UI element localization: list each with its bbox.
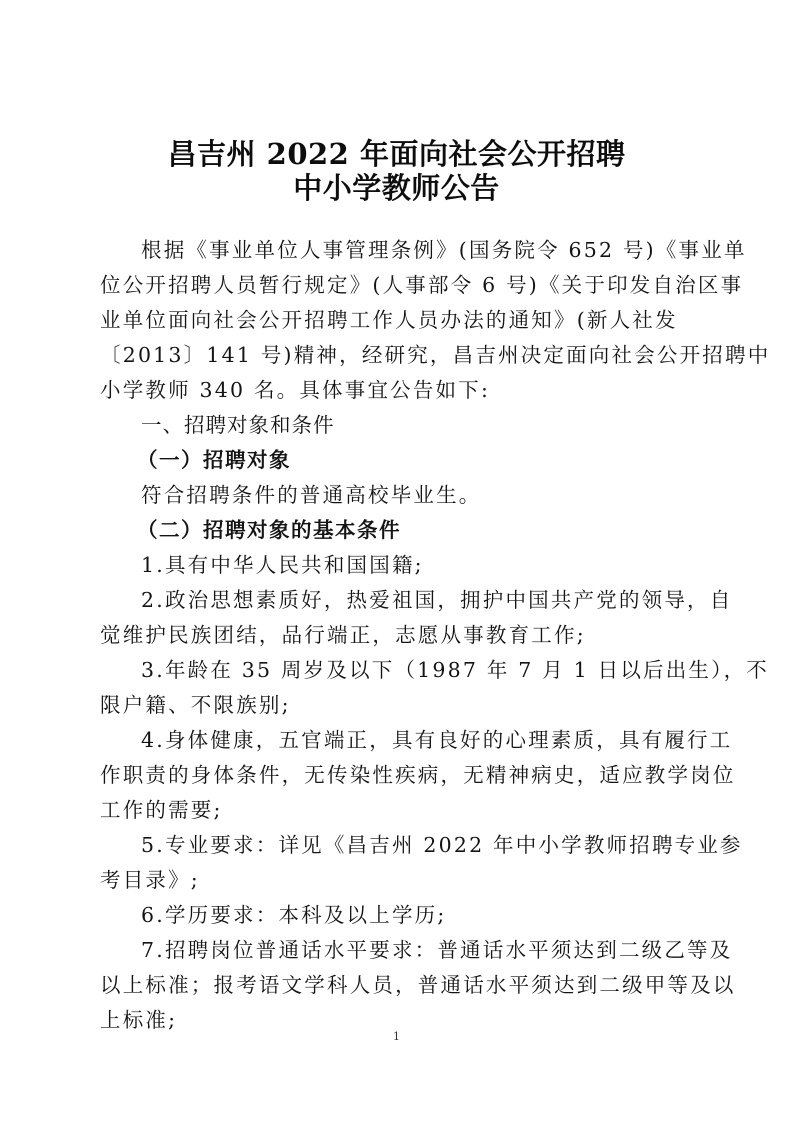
subsection-heading-2: （二）招聘对象的基本条件 (137, 516, 737, 544)
condition-item-2: 2.政治思想素质好，热爱祖国，拥护中国共产党的领导，自 (141, 586, 741, 614)
intro-paragraph-line: 位公开招聘人员暂行规定》(人事部令 6 号)《关于印发自治区事 (100, 271, 700, 299)
body-line: 符合招聘条件的普通高校毕业生。 (141, 481, 741, 509)
condition-item-1: 1.具有中华人民共和国国籍; (141, 551, 741, 579)
condition-item-7: 7.招聘岗位普通话水平要求：普通话水平须达到二级乙等及 (141, 936, 741, 964)
page-number: 1 (0, 1030, 793, 1043)
condition-item-7-cont: 以上标准；报考语文学科人员，普通话水平须达到二级甲等及以 (100, 971, 700, 999)
condition-item-5: 5.专业要求：详见《昌吉州 2022 年中小学教师招聘专业参 (141, 831, 741, 859)
condition-item-4: 4.身体健康，五官端正，具有良好的心理素质，具有履行工 (141, 726, 741, 754)
intro-paragraph-line: 根据《事业单位人事管理条例》(国务院令 652 号)《事业单 (141, 236, 741, 264)
condition-item-6: 6.学历要求：本科及以上学历; (141, 901, 741, 929)
intro-paragraph-line: 小学教师 340 名。具体事宜公告如下: (100, 376, 700, 404)
section-heading-1: 一、招聘对象和条件 (141, 411, 741, 439)
condition-item-2-cont: 觉维护民族团结，品行端正，志愿从事教育工作; (100, 621, 700, 649)
condition-item-5-cont: 考目录》; (100, 866, 700, 894)
subsection-heading-1: （一）招聘对象 (137, 446, 737, 474)
intro-paragraph-line: 〔2013〕141 号)精神，经研究，昌吉州决定面向社会公开招聘中 (100, 341, 700, 369)
document-title-line-2: 中小学教师公告 (0, 170, 793, 206)
condition-item-3-cont: 限户籍、不限族别; (100, 691, 700, 719)
condition-item-3: 3.年龄在 35 周岁及以下（1987 年 7 月 1 日以后出生），不 (141, 656, 741, 684)
condition-item-4-cont: 工作的需要; (100, 796, 700, 824)
condition-item-4-cont: 作职责的身体条件，无传染性疾病，无精神病史，适应教学岗位 (100, 761, 700, 789)
document-title-line-1: 昌吉州 2022 年面向社会公开招聘 (0, 136, 793, 172)
intro-paragraph-line: 业单位面向社会公开招聘工作人员办法的通知》(新人社发 (100, 306, 700, 334)
